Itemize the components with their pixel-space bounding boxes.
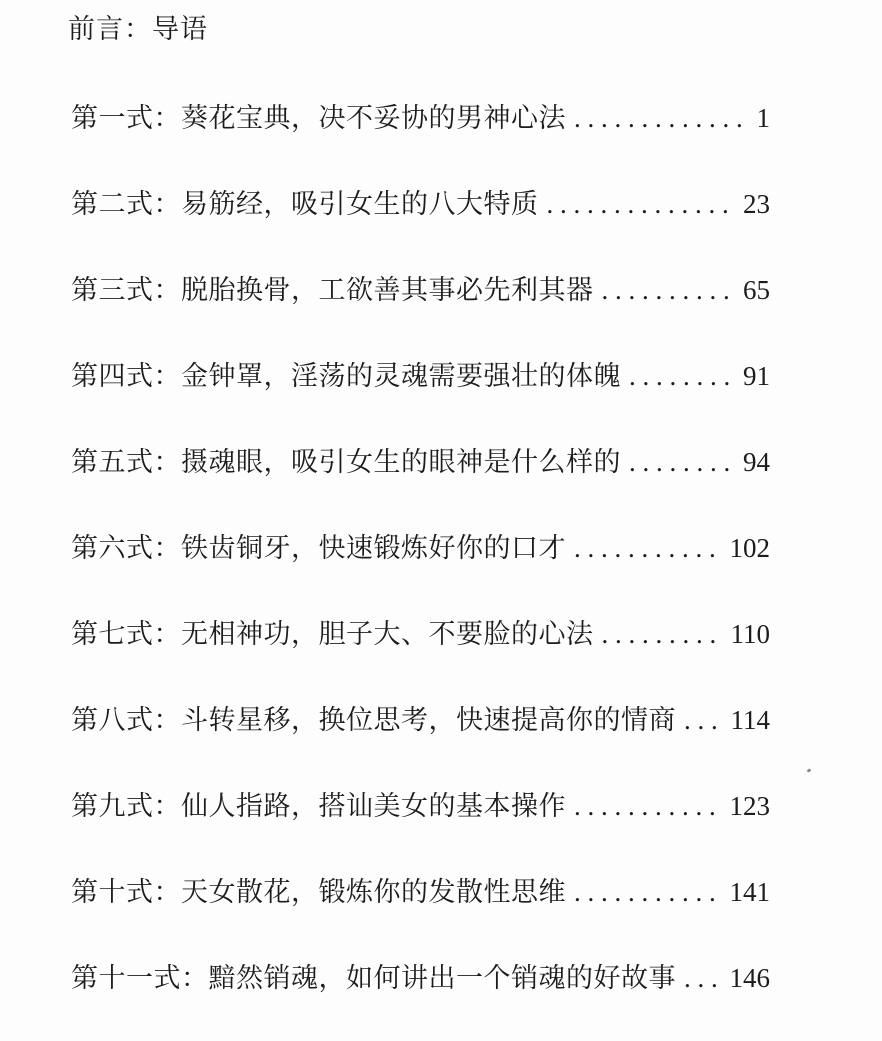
dot-leader: . . . . . . . . . . . . . . . . . . . . …	[629, 361, 735, 392]
toc-entry-page: 123	[726, 791, 771, 822]
table-of-contents: 第一式：葵花宝典，决不妥协的男神心法 . . . . . . . . . . .…	[71, 103, 770, 1041]
toc-entry-title: 第四式：金钟罩，淫荡的灵魂需要强壮的体魄	[71, 361, 621, 392]
toc-entry-title: 第七式：无相神功，胆子大、不要脸的心法	[71, 619, 594, 650]
toc-page: 前言：导语 第一式：葵花宝典，决不妥协的男神心法 . . . . . . . .…	[0, 0, 882, 1041]
toc-entry: 第十式：天女散花，锻炼你的发散性思维 . . . . . . . . . . .…	[71, 877, 770, 908]
preface-line: 前言：导语	[68, 14, 208, 45]
toc-entry-page: 146	[726, 963, 771, 994]
toc-entry-title: 第一式：葵花宝典，决不妥协的男神心法	[71, 103, 566, 134]
toc-entry: 第四式：金钟罩，淫荡的灵魂需要强壮的体魄 . . . . . . . . . .…	[71, 361, 770, 392]
toc-entry-title: 第二式：易筋经，吸引女生的八大特质	[71, 189, 539, 220]
dot-leader: . . . . . . . . . . . . . . . . . . . . …	[574, 791, 722, 822]
dot-leader: . . . . . . . . . . . . . . . . . . . . …	[547, 189, 736, 220]
dot-leader: . . . . . . . . . . . . . . . . . . . . …	[602, 619, 723, 650]
toc-entry: 第五式：摄魂眼，吸引女生的眼神是什么样的 . . . . . . . . . .…	[71, 447, 770, 478]
toc-entry-page: 65	[739, 275, 770, 306]
toc-entry-title: 第八式：斗转星移，换位思考，快速提高你的情商	[71, 705, 676, 736]
dot-leader: . . . . . . . . . . . . . . . . . . . . …	[684, 705, 723, 736]
toc-entry-page: 23	[739, 189, 770, 220]
toc-entry-page: 94	[739, 447, 770, 478]
toc-entry: 第九式：仙人指路，搭讪美女的基本操作 . . . . . . . . . . .…	[71, 791, 770, 822]
toc-entry: 第十一式：黯然销魂，如何讲出一个销魂的好故事 . . . . . . . . .…	[71, 963, 770, 994]
toc-entry-page: 91	[739, 361, 770, 392]
toc-entry: 第七式：无相神功，胆子大、不要脸的心法 . . . . . . . . . . …	[71, 619, 770, 650]
toc-entry: 第三式：脱胎换骨，工欲善其事必先利其器 . . . . . . . . . . …	[71, 275, 770, 306]
toc-entry-page: 141	[726, 877, 771, 908]
toc-entry-title: 第五式：摄魂眼，吸引女生的眼神是什么样的	[71, 447, 621, 478]
dot-leader: . . . . . . . . . . . . . . . . . . . . …	[602, 275, 736, 306]
toc-entry: 第一式：葵花宝典，决不妥协的男神心法 . . . . . . . . . . .…	[71, 103, 770, 134]
dot-leader: . . . . . . . . . . . . . . . . . . . . …	[574, 103, 749, 134]
toc-entry: 第二式：易筋经，吸引女生的八大特质 . . . . . . . . . . . …	[71, 189, 770, 220]
toc-entry-title: 第九式：仙人指路，搭讪美女的基本操作	[71, 791, 566, 822]
dot-leader: . . . . . . . . . . . . . . . . . . . . …	[574, 533, 722, 564]
toc-entry-page: 114	[727, 705, 771, 736]
toc-entry: 第六式：铁齿铜牙，快速锻炼好你的口才 . . . . . . . . . . .…	[71, 533, 770, 564]
toc-entry-page: 1	[753, 103, 771, 134]
toc-entry-title: 第十一式：黯然销魂，如何讲出一个销魂的好故事	[71, 963, 676, 994]
scan-speck	[807, 768, 812, 773]
toc-entry-page: 110	[727, 619, 771, 650]
dot-leader: . . . . . . . . . . . . . . . . . . . . …	[574, 877, 722, 908]
toc-entry: 第八式：斗转星移，换位思考，快速提高你的情商 . . . . . . . . .…	[71, 705, 770, 736]
toc-entry-page: 102	[726, 533, 771, 564]
toc-entry-title: 第三式：脱胎换骨，工欲善其事必先利其器	[71, 275, 594, 306]
dot-leader: . . . . . . . . . . . . . . . . . . . . …	[684, 963, 722, 994]
dot-leader: . . . . . . . . . . . . . . . . . . . . …	[629, 447, 735, 478]
toc-entry-title: 第十式：天女散花，锻炼你的发散性思维	[71, 877, 566, 908]
toc-entry-title: 第六式：铁齿铜牙，快速锻炼好你的口才	[71, 533, 566, 564]
